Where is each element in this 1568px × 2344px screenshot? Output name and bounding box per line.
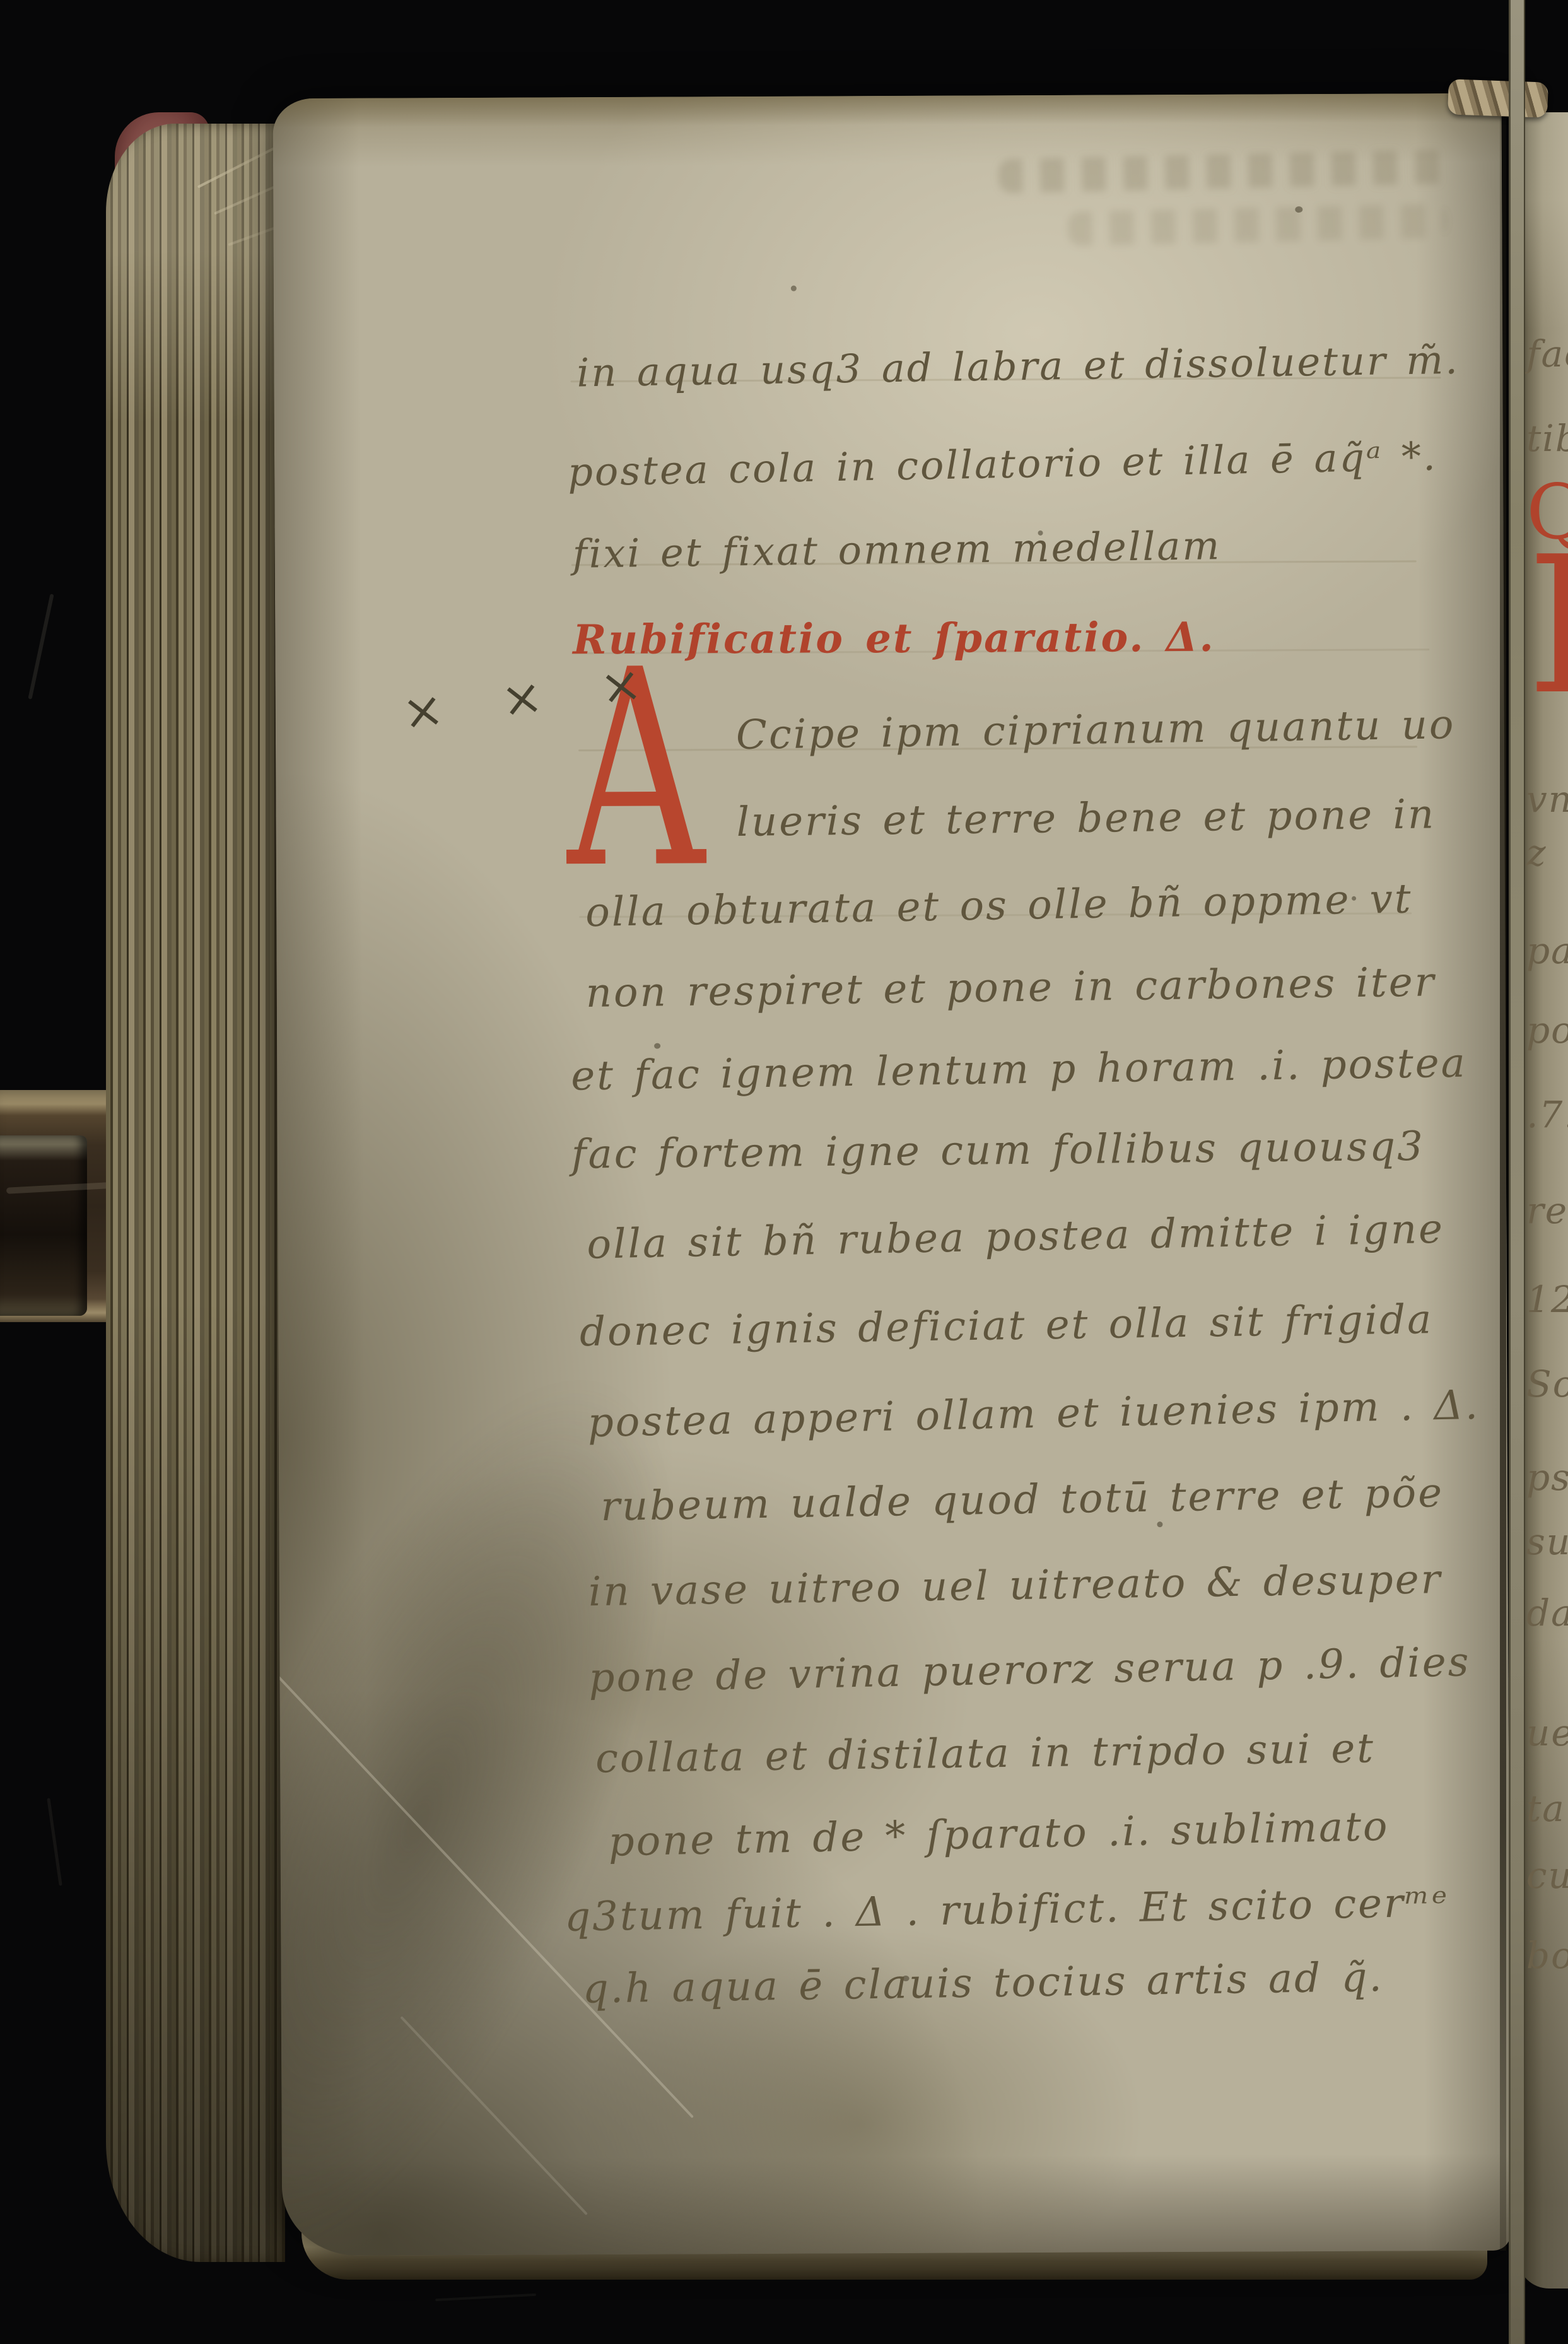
manuscript-line: collata et distilata in tripdo sui et <box>595 1725 1376 1782</box>
facing-page-fragment: fac <box>1526 332 1568 375</box>
speck <box>654 1043 660 1049</box>
show-through-smudge <box>1068 204 1447 246</box>
background-scratch <box>47 1798 62 1885</box>
manuscript-line: in aqua usq3 ad labra et dissoluetur m̃. <box>576 337 1460 396</box>
facing-page-fragment: re a <box>1526 1189 1568 1232</box>
facing-page-fragment: dari <box>1526 1591 1568 1634</box>
page-top-rim <box>273 93 1502 127</box>
endband-braid <box>1448 79 1548 117</box>
manuscript-line: q3tum fuit . Δ . rubifict. Et scito cerᵐ… <box>565 1880 1450 1941</box>
manuscript-line: fixi et fixat omnem medellam <box>572 522 1221 577</box>
next-page-sliver: factibQPvnuzparpone.7.bare a12 . 2Soleps… <box>1518 112 1568 2288</box>
manuscript-line: donec ignis deficiat et olla sit frigida <box>580 1296 1434 1356</box>
background-scratch <box>28 594 54 700</box>
facing-page-fragment: z <box>1526 831 1547 874</box>
facing-page-fragment: sup o <box>1526 1520 1568 1563</box>
glass-edge-strip <box>1509 0 1525 2344</box>
manuscript-page: in aqua usq3 ad labra et dissoluetur m̃.… <box>273 93 1511 2256</box>
manuscript-line: olla obturata et os olle bñ oppme vt <box>585 876 1413 936</box>
facing-page-fragment: 12 . 2 <box>1526 1278 1568 1321</box>
facing-page-fragment: Sole <box>1526 1362 1568 1405</box>
manuscript-line: olla sit bñ rubea postea dmitte i igne <box>587 1206 1445 1269</box>
photograph: in aqua usq3 ad labra et dissoluetur m̃.… <box>0 0 1568 2344</box>
facing-page-fragment: .7.ba <box>1526 1093 1568 1136</box>
background-scratch <box>435 2294 536 2301</box>
facing-page-fragment: tib <box>1526 417 1568 460</box>
speck <box>1295 206 1302 213</box>
facing-page-fragment: uel a <box>1526 1711 1568 1754</box>
manuscript-line: postea cola in collatorio et illa ē aq̃ᵃ… <box>568 433 1438 495</box>
manuscript-line: fac fortem igne cum follibus quousq3 <box>571 1123 1425 1178</box>
speck <box>791 286 797 291</box>
facing-page-fragment: cum <box>1526 1854 1568 1897</box>
facing-page-fragment: vnu <box>1526 778 1568 821</box>
fore-edge-page-stack <box>106 124 285 2262</box>
manuscript-line: pone de vrina puerorz serua p .9. dies <box>588 1639 1471 1702</box>
show-through-smudge <box>998 149 1453 194</box>
manuscript-line: non respiret et pone in carbones iter <box>585 959 1436 1017</box>
facing-page-fragment: psac <box>1526 1456 1568 1499</box>
facing-page-fragment: tam <box>1526 1787 1568 1830</box>
manuscript-line: Ccipe ipm ciprianum quantu uo <box>735 701 1455 759</box>
clasp-buckle <box>0 1135 87 1316</box>
manuscript-line: postea apperi ollam et iuenies ipm . Δ. <box>587 1382 1480 1446</box>
manuscript-line: lueris et terre bene et pone in <box>736 791 1436 846</box>
facing-page-fragment: par <box>1526 929 1568 972</box>
facing-page-fragment: pone <box>1526 1009 1568 1052</box>
facing-page-fragment: P <box>1526 516 1568 736</box>
manuscript-line: et fac ignem lentum p horam .i. postea <box>571 1040 1467 1100</box>
manuscript-line: pone tm de * ſparato .i. sublimato <box>608 1803 1390 1866</box>
manuscript-line: q.h aqua ē clauis tocius artis ad q̃. <box>582 1954 1384 2013</box>
page-edge-shadow <box>1500 101 1506 2251</box>
speck <box>1157 1521 1162 1527</box>
facing-page-fragment: bonū <box>1526 1934 1568 1977</box>
stain <box>273 1316 771 2256</box>
